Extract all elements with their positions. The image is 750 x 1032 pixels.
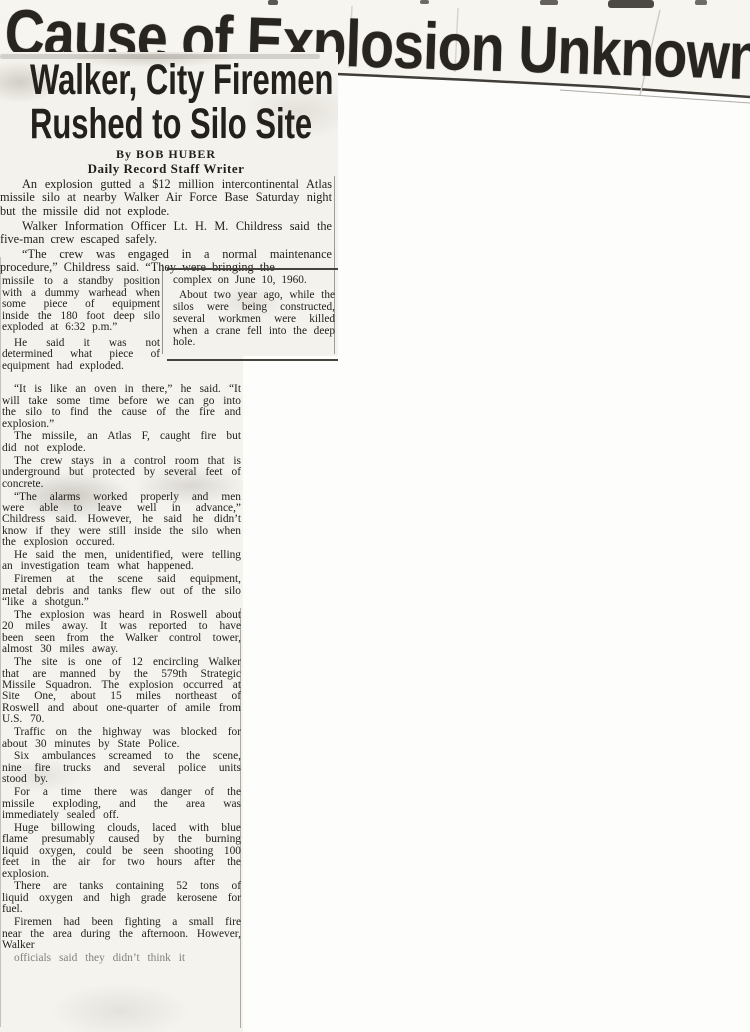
ink-mark (540, 0, 558, 5)
paragraph: “The alarms worked properly and men were… (2, 492, 241, 549)
two-column-section: missile to a standby position with a dum… (0, 276, 338, 384)
paragraph: Firemen at the scene said equipment, met… (2, 574, 241, 608)
subheadline: Walker, City Firemen Rushed to Silo Site (0, 58, 338, 146)
paragraph: For a time there was danger of the missi… (2, 787, 241, 821)
body-column: “It is like an oven in there,” he said. … (2, 384, 241, 964)
paragraph: About two year ago, while the silos were… (173, 290, 335, 349)
ink-mark (695, 0, 707, 5)
paragraph: complex on June 10, 1960. (173, 275, 335, 287)
paragraph: missile to a standby position with a dum… (2, 276, 160, 334)
paragraph: The site is one of 12 encircling Walker … (2, 657, 241, 725)
byline: By BOB HUBER (0, 147, 332, 161)
ink-mark (420, 0, 429, 4)
paragraph: Firemen had been fighting a small fire n… (2, 917, 241, 951)
paragraph: There are tanks containing 52 tons of li… (2, 881, 241, 915)
left-column: missile to a standby position with a dum… (2, 276, 160, 376)
paragraph: The explosion was heard in Roswell about… (2, 610, 241, 656)
paragraph: He said the men, unidentified, were tell… (2, 550, 241, 573)
article-content: Walker, City Firemen Rushed to Silo Site… (0, 58, 338, 964)
inset-column: complex on June 10, 1960. About two year… (167, 268, 338, 361)
paragraph: The crew stays in a control room that is… (2, 456, 241, 490)
byline-title: Daily Record Staff Writer (0, 161, 332, 176)
paragraph: He said it was not determined what piece… (2, 338, 160, 373)
paragraph: “It is like an oven in there,” he said. … (2, 384, 241, 430)
newspaper-clipping: Walker, City Firemen Rushed to Silo Site… (0, 52, 338, 1032)
paragraph: Huge billowing clouds, laced with blue f… (2, 823, 241, 880)
subheadline-line-2: Rushed to Silo Site (30, 102, 312, 146)
paragraph: An explosion gutted a $12 million interc… (0, 178, 332, 218)
ink-mark (608, 0, 654, 8)
partial-last-line: officials said they didn’t think it (2, 953, 241, 964)
scanned-newspaper-page: Cause of Explosion Unknown Walker, City … (0, 0, 750, 1032)
paragraph: Walker Information Officer Lt. H. M. Chi… (0, 220, 332, 247)
paragraph: Six ambulances screamed to the scene, ni… (2, 751, 241, 785)
lead-section: An explosion gutted a $12 million interc… (0, 178, 332, 275)
paragraph: Traffic on the highway was blocked for a… (2, 727, 241, 750)
subheadline-line-1: Walker, City Firemen (30, 58, 333, 102)
paragraph: The missile, an Atlas F, caught fire but… (2, 431, 241, 454)
